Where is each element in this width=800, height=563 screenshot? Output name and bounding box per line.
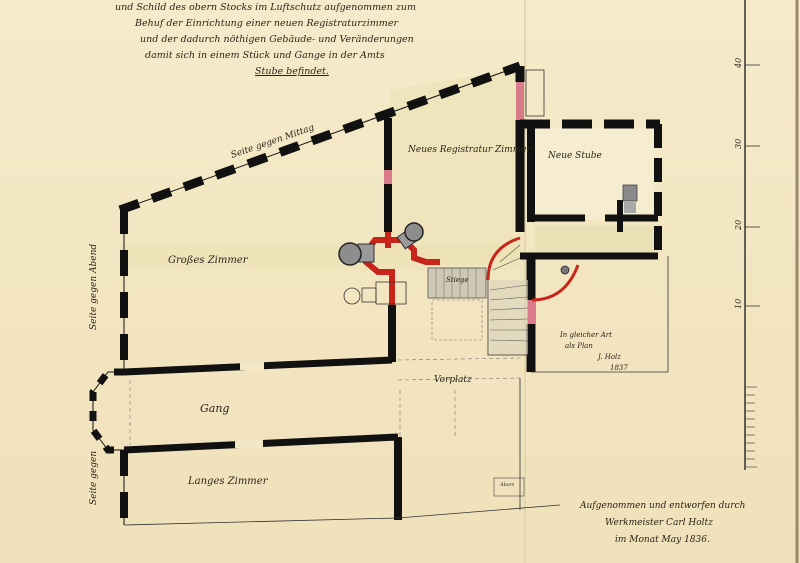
floor-plan-sheet: 40 30 20 10 Seite gegen Mittag Seite geg… bbox=[0, 0, 800, 563]
right-room-note-line: In gleicher Art bbox=[560, 330, 628, 341]
door-opening bbox=[235, 440, 263, 448]
door-opening bbox=[240, 362, 264, 370]
right-room-note-line: als Plan bbox=[560, 341, 628, 352]
header-note-line: Stube befindet. bbox=[115, 64, 416, 80]
label-seite-gegen-abend: Seite gegen Abend bbox=[89, 244, 99, 330]
stube-stove-base bbox=[624, 201, 636, 213]
stube-stove bbox=[623, 185, 637, 201]
room-label-abort: Abort bbox=[499, 482, 515, 488]
scale-tick-30: 30 bbox=[734, 139, 743, 149]
right-room-note: In gleicher Art als Plan J. Holz 1837 bbox=[560, 330, 628, 374]
bay-window bbox=[93, 372, 124, 450]
chimney-outline bbox=[526, 70, 544, 116]
scale-tick-20: 20 bbox=[734, 220, 743, 231]
room-label-langes-zimmer: Langes Zimmer bbox=[187, 476, 269, 487]
floor-plan-drawing: 40 30 20 10 Seite gegen Mittag Seite geg… bbox=[0, 0, 800, 563]
signature-line: im Monat May 1836. bbox=[580, 532, 745, 549]
pink-opening bbox=[527, 300, 536, 324]
signature-line: Werkmeister Carl Holtz bbox=[580, 515, 745, 532]
label-seite-gegen: Seite gegen bbox=[89, 451, 99, 505]
header-note-line: und Schild des obern Stocks im Luftschut… bbox=[115, 0, 416, 16]
right-room-note-line: 1837 bbox=[560, 363, 628, 374]
right-room-note-line: J. Holz bbox=[560, 352, 628, 363]
scale-bar bbox=[745, 0, 797, 563]
header-note-line: damit sich in einem Stück und Gange in d… bbox=[115, 48, 416, 64]
old-stove-outline bbox=[344, 282, 406, 304]
hall-shade bbox=[535, 225, 655, 255]
pink-opening bbox=[516, 82, 524, 120]
scale-tick-40: 40 bbox=[734, 58, 743, 69]
room-label-neue-stube: Neue Stube bbox=[547, 151, 602, 161]
room-label-grosses-zimmer: Großes Zimmer bbox=[168, 255, 249, 266]
header-note-line: und der dadurch nöthigen Gebäude- und Ve… bbox=[115, 32, 416, 48]
room-label-vorplatz: Vorplatz bbox=[434, 375, 472, 385]
scale-tick-10: 10 bbox=[734, 299, 743, 309]
signature-line: Aufgenommen und entworfen durch bbox=[580, 498, 745, 515]
neue-stube-floor bbox=[535, 128, 655, 220]
stove-left bbox=[339, 243, 374, 265]
bottom-outline bbox=[398, 505, 560, 518]
room-label-stiege: Stiege bbox=[446, 276, 469, 284]
room-label-gang: Gang bbox=[200, 402, 229, 415]
header-note: und Schild des obern Stocks im Luftschut… bbox=[115, 0, 416, 80]
pink-opening bbox=[384, 170, 392, 184]
room-label-registratur: Neues Registratur Zimmer bbox=[407, 145, 532, 155]
signature-block: Aufgenommen und entworfen durch Werkmeis… bbox=[580, 498, 745, 549]
bottom-outline bbox=[124, 518, 398, 525]
header-note-line: Behuf der Einrichtung einer neuen Regist… bbox=[115, 16, 416, 32]
